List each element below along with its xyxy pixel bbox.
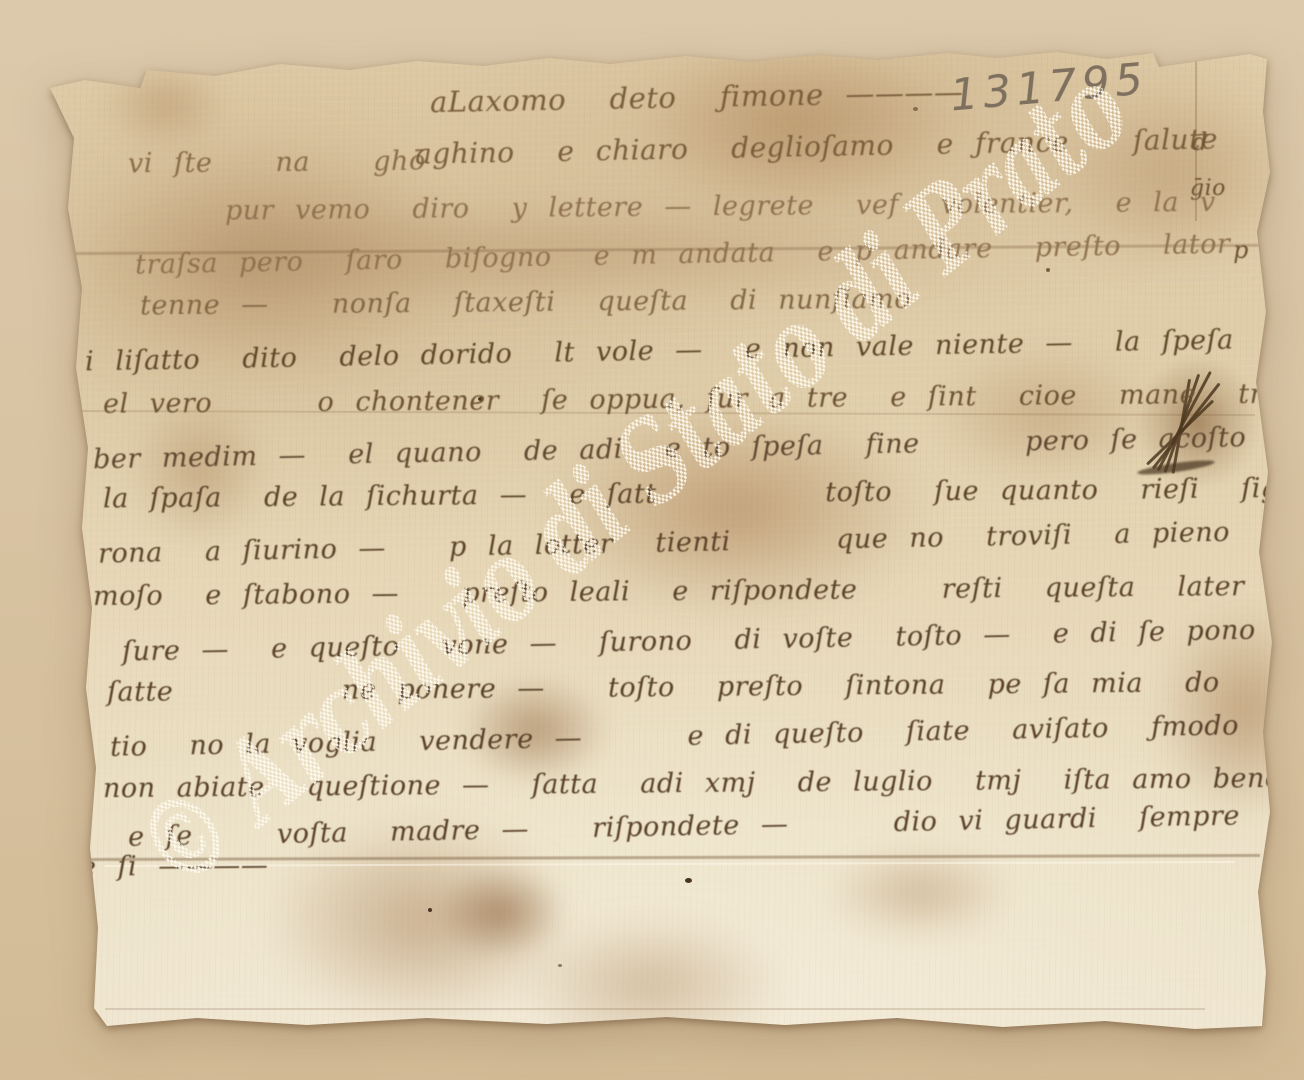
manuscript-line: non abiate queſtione — ſatta adi xmj de …: [103, 763, 1282, 804]
manuscript-line: tio no la voglia vendere — e di queſto ſ…: [110, 710, 1239, 763]
manuscript-line: ſure — e queſto vone — ſurono di voſte t…: [122, 612, 1304, 668]
manuscript-line: aLaxomo deto ƒimone ————: [430, 75, 964, 119]
manuscript-line: i liſatto dito delo dorido lt vole — e n…: [85, 322, 1304, 378]
manuscript-line: vi ſte na ghō: [128, 146, 426, 180]
manuscript-line: rona a ſiurino — p la lotter tienti que …: [98, 516, 1289, 570]
manuscript-line: aghino e chiaro deglioſamo e ƒrance ſalu…: [415, 122, 1218, 170]
manuscript-line: la ſpaſa de la ſichurta — e ſatt toſto ſ…: [103, 473, 1304, 515]
manuscript-line: e ſe voſta madre — riſpondete — dio vi g…: [128, 800, 1240, 852]
manuscript-line-fragment: ḡio: [1190, 176, 1226, 201]
manuscript-line: ſatte ne ponere — toſto preſto ſintona p…: [107, 667, 1220, 708]
manuscript-line: moſo e ſtabono — preſto leali e riſponde…: [93, 571, 1245, 612]
letter-paper: aLaxomo deto ƒimone ———— vi ſte na ghō a…: [45, 50, 1272, 1040]
manuscript-line: ber medim — el quano de adi e to ſpeſa f…: [93, 418, 1304, 475]
manuscript-line: tenne — nonſa ſtaxeſti queſta di nunſiam…: [140, 284, 911, 322]
manuscript-line-fragment: đ: [1192, 128, 1208, 156]
scanned-letter-image: aLaxomo deto ƒimone ———— vi ſte na ghō a…: [0, 0, 1304, 1080]
manuscript-text: aLaxomo deto ƒimone ———— vi ſte na ghō a…: [45, 50, 1272, 1040]
manuscript-line-fragment: p: [1233, 236, 1249, 264]
manuscript-line: traſsa pero ſaro biſogno e m andata e p …: [135, 228, 1231, 280]
manuscript-line: pur vemo diro y lettere — legrete vef vo…: [225, 187, 1216, 227]
letter-paper-shadow: aLaxomo deto ƒimone ———— vi ſte na ghō a…: [45, 50, 1272, 1040]
manuscript-line: el vero o chontener ſe oppua, ſur a tre …: [103, 377, 1304, 420]
manuscript-line: e ſi ————: [80, 850, 269, 883]
